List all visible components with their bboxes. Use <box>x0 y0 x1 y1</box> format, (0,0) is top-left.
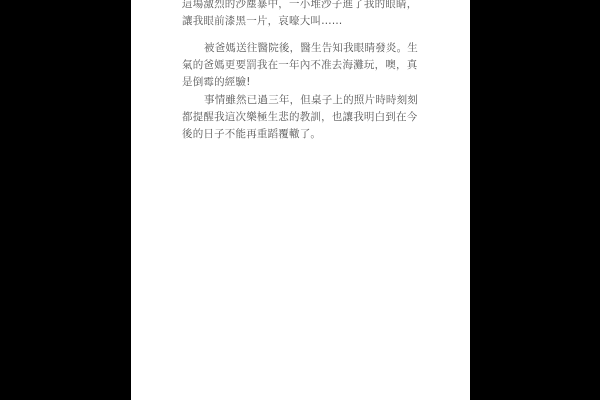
paragraph-2: 被爸媽送往醫院後，醫生告知我眼睛發炎。生氣的爸媽更要罰我在一年內不准去海灘玩，噢… <box>182 40 427 91</box>
document-page: 這場激烈的沙塵暴中，一小堆沙子進了我的眼睛，讓我眼前漆黑一片，哀嚎大叫…… 被爸… <box>131 0 470 400</box>
paragraph-3: 事情雖然已過三年，但桌子上的照片時時刻刻都提醒我這次樂極生悲的教訓，也讓我明白到… <box>182 92 427 143</box>
paragraph-1: 這場激烈的沙塵暴中，一小堆沙子進了我的眼睛，讓我眼前漆黑一片，哀嚎大叫…… <box>182 0 427 30</box>
